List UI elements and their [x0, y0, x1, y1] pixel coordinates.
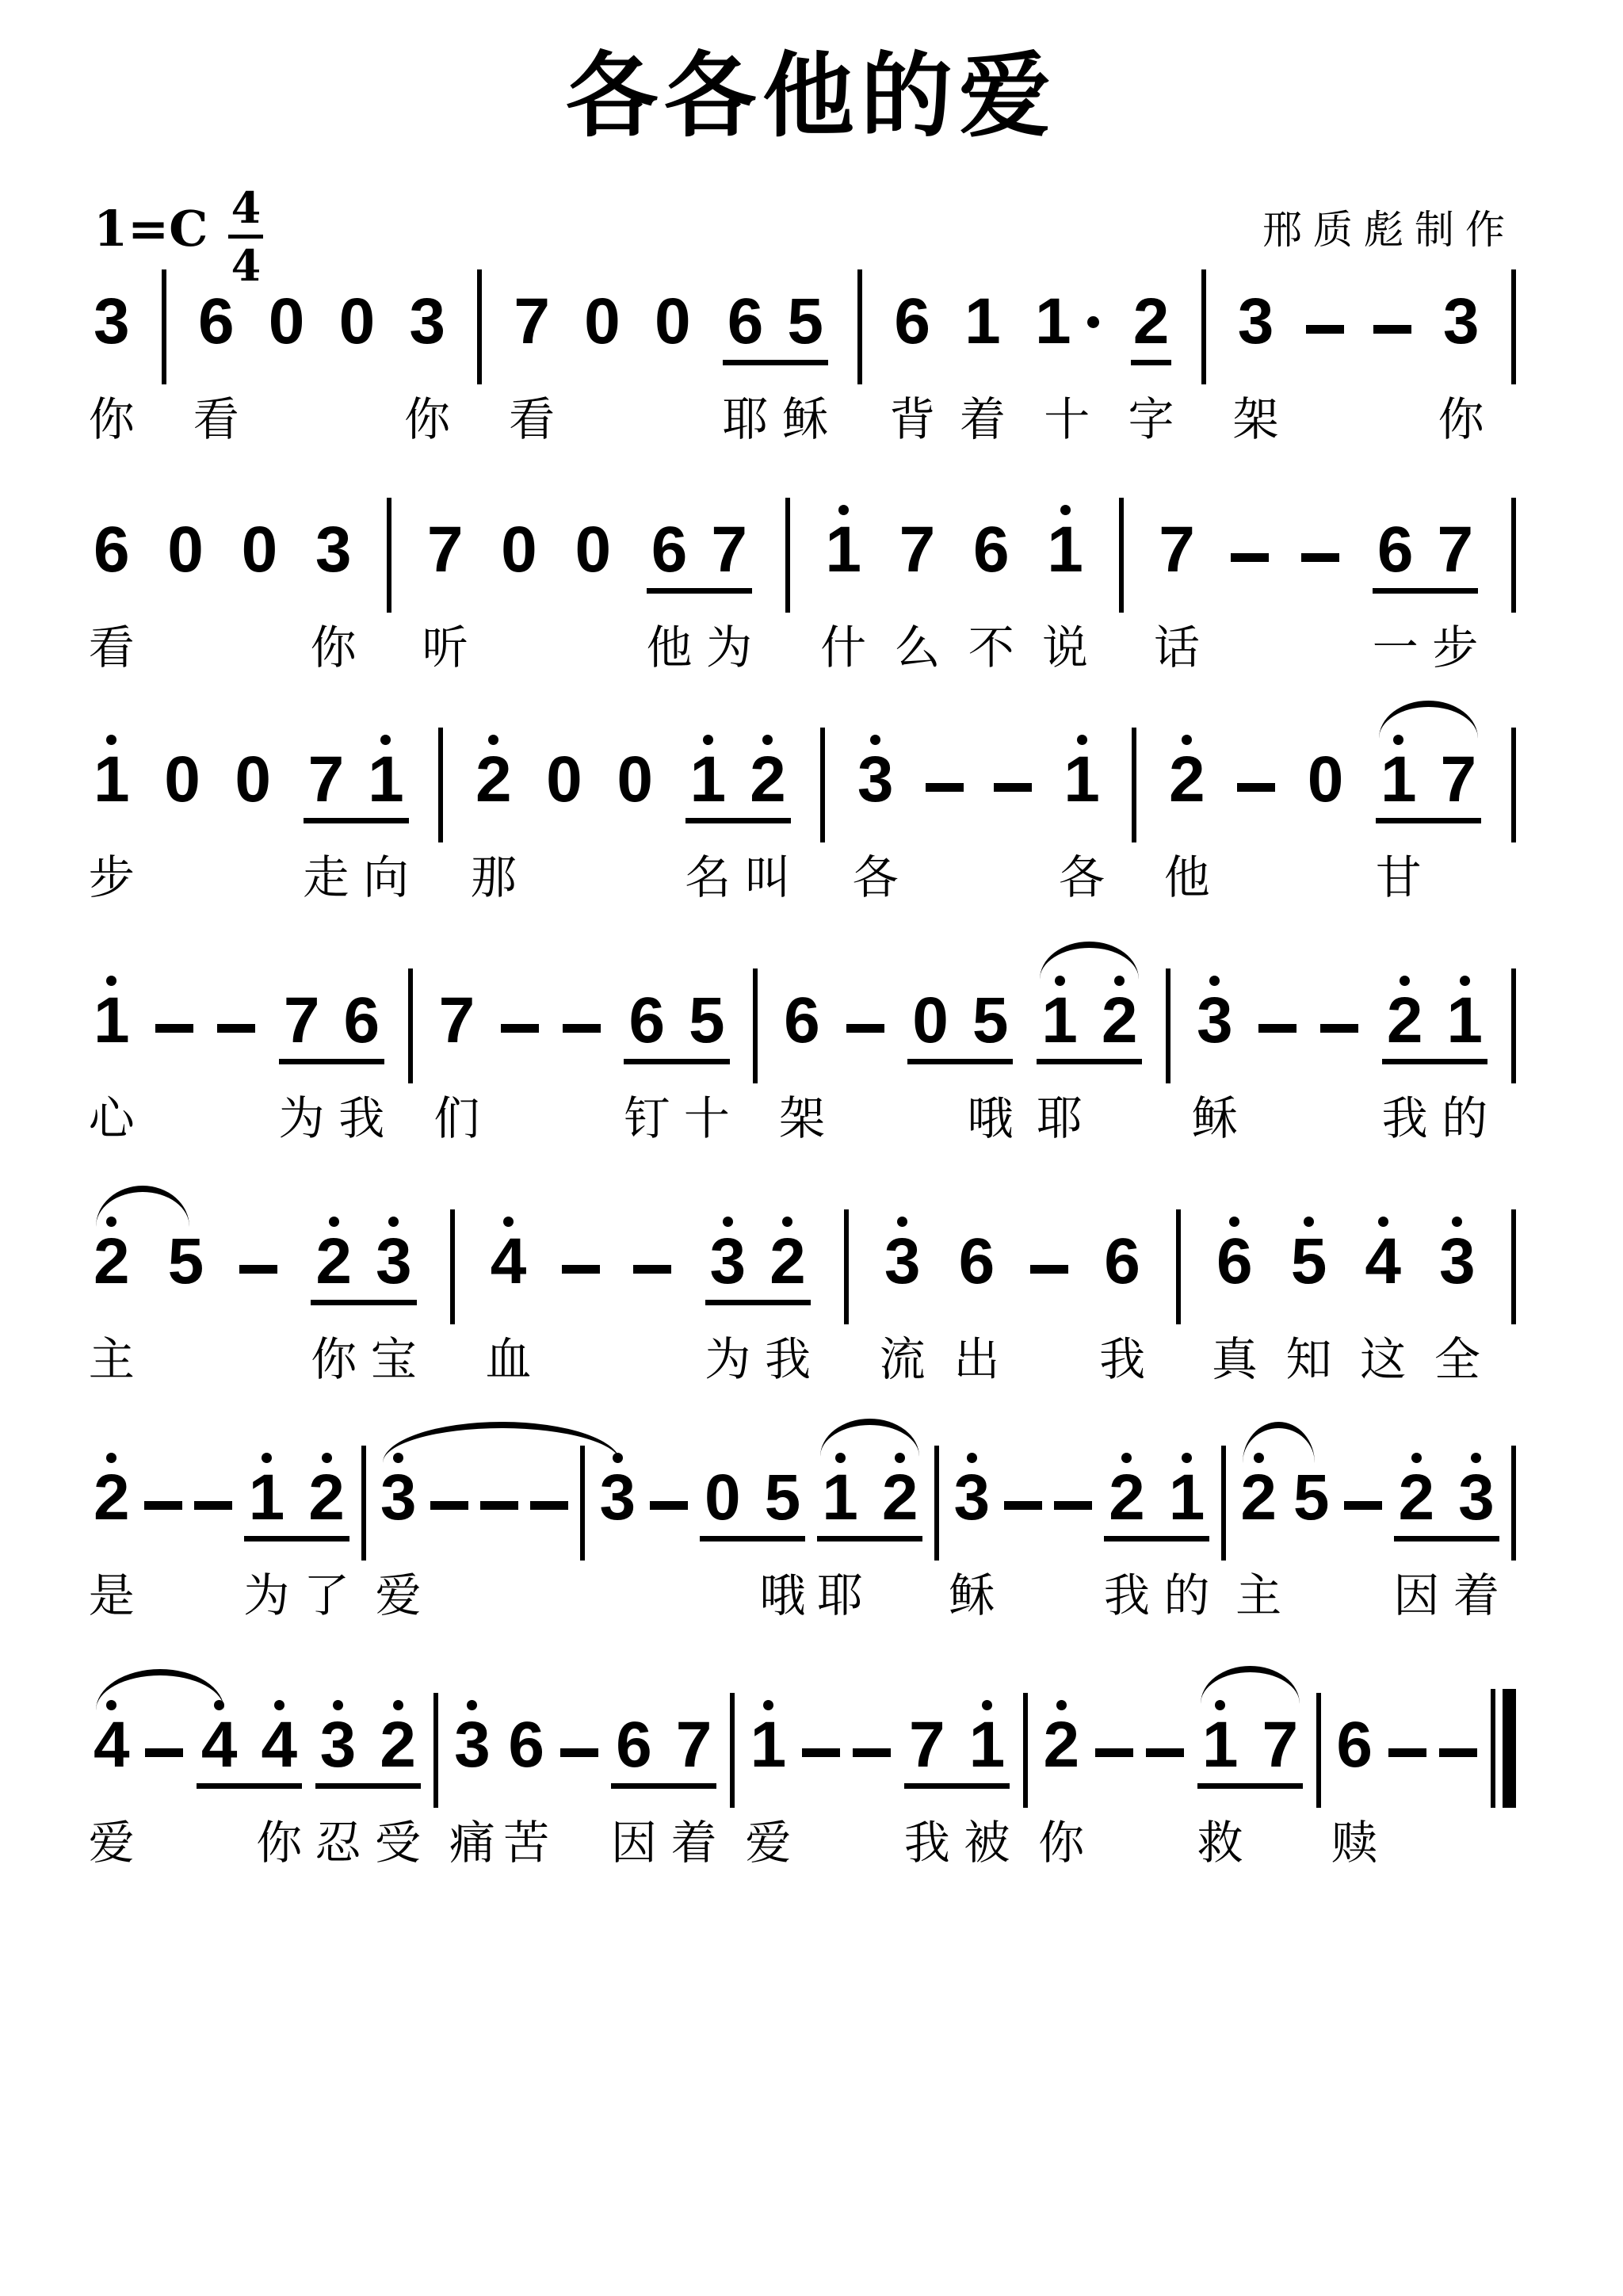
note: 4这 [1362, 1209, 1403, 1305]
lyric-syllable: 全 [1434, 1335, 1480, 1385]
barline-rule [1119, 498, 1124, 613]
note-glyph-row: 3 [599, 1466, 636, 1530]
duration-dash [1004, 1446, 1042, 1541]
barline-rule [433, 1693, 438, 1808]
lyric-syllable: 他 [647, 623, 693, 674]
lyric-syllable: 真 [1212, 1335, 1258, 1385]
lyric-syllable: 字 [1128, 395, 1174, 445]
note-digit: 6 [628, 989, 665, 1052]
duration-dash [802, 1693, 840, 1789]
note-glyph-row: 4 [94, 1713, 130, 1777]
note-digit: 6 [94, 518, 130, 582]
note-group: 6一7步 [1373, 498, 1478, 594]
note-digit: 1 [750, 1713, 787, 1777]
duration-dash [1344, 1446, 1382, 1541]
music-line: 4爱44你3忍2受3痛6苦6因7着1爱7我1被2你1救76赎 [91, 1693, 1516, 1789]
note-digit: 3 [376, 1230, 412, 1293]
duration-dash [633, 1209, 671, 1305]
dash-glyph [994, 783, 1032, 792]
note-digit: 5 [765, 1466, 801, 1530]
note-glyph-row: 7 [676, 1713, 712, 1777]
barline-rule [387, 498, 391, 613]
lyric-syllable: 说 [1042, 623, 1088, 674]
note-digit: 1 [1047, 518, 1083, 582]
key-signature: 1=C 4 4 [94, 178, 263, 279]
lyric-syllable: 赎 [1331, 1818, 1377, 1869]
lyric-syllable: 步 [89, 853, 135, 904]
note-glyph-row: 6 [959, 1230, 995, 1293]
rest-digit: 0 [912, 989, 949, 1052]
note-digit: 3 [1439, 1230, 1476, 1293]
note-digit: 2 [380, 1713, 416, 1777]
note-digit: 6 [1377, 518, 1414, 582]
lyric-syllable: 什 [820, 623, 866, 674]
final-barline [1491, 1693, 1516, 1789]
lyric-syllable: 叫 [745, 853, 791, 904]
dash-glyph [1095, 1748, 1133, 1757]
note-glyph-row: 2 [882, 1466, 918, 1530]
note: 6架 [781, 968, 823, 1064]
note-glyph-row: 6 [628, 989, 665, 1052]
note-digit: 2 [1109, 1466, 1145, 1530]
grouped-note: 3宝 [376, 1209, 412, 1293]
duration-dash [1301, 498, 1339, 594]
note: 1着 [962, 269, 1003, 365]
note-digit: 7 [284, 989, 320, 1052]
note-digit: 6 [1104, 1230, 1140, 1293]
barline [361, 1446, 366, 1541]
barline [844, 1209, 849, 1305]
barline-rule [1511, 1209, 1516, 1324]
note-digit: 3 [884, 1230, 921, 1293]
rest-digit: 0 [242, 518, 278, 582]
lyric-syllable: 是 [89, 1571, 135, 1622]
note-glyph-row: 0 [705, 1466, 741, 1530]
duration-dash [1439, 1693, 1477, 1789]
note-digit: 4 [261, 1713, 297, 1777]
note: 3你 [91, 269, 132, 365]
dash-glyph [802, 1748, 840, 1757]
note-glyph-row: 7 [711, 518, 747, 582]
note: 6我 [1102, 1209, 1143, 1305]
page-title: 各各他的爱 [0, 46, 1623, 147]
note-digit: 3 [1458, 1466, 1495, 1530]
lyric-syllable: 哦 [968, 1094, 1014, 1144]
note-glyph-row: 1 [94, 989, 130, 1052]
note-digit: 2 [1169, 748, 1205, 812]
dash-glyph [926, 783, 964, 792]
barline-rule [1176, 1209, 1181, 1324]
dash-glyph [430, 1501, 468, 1510]
note-digit: 6 [616, 1713, 652, 1777]
lyric-syllable: 钉 [624, 1094, 670, 1144]
note-digit: 6 [1336, 1713, 1373, 1777]
note-digit: 7 [1159, 518, 1195, 582]
note-digit: 3 [409, 290, 445, 353]
grouped-note: 7走 [308, 728, 345, 812]
note-group: 05哦 [907, 968, 1013, 1064]
lyric-syllable: 痛 [449, 1818, 495, 1869]
note-glyph-row: 3 [953, 1466, 990, 1530]
lyric-syllable: 为 [243, 1571, 289, 1622]
note-digit: 1 [969, 1713, 1006, 1777]
note-glyph-row: 6 [508, 1713, 544, 1777]
note-group: 2你3宝 [311, 1209, 416, 1305]
barline-rule [785, 498, 790, 613]
music-line: 2是1为2了3爱305哦1耶23稣2我1的2主52因3着 [91, 1446, 1516, 1541]
note-glyph-row: 3 [884, 1230, 921, 1293]
note-group: 2我1的 [1104, 1446, 1209, 1541]
grouped-note: 0 [912, 968, 949, 1052]
grouped-note: 2叫 [750, 728, 786, 812]
lyric-syllable: 我 [338, 1094, 384, 1144]
note: 3稣 [951, 1446, 992, 1541]
lyric-syllable: 我 [1099, 1335, 1145, 1385]
grouped-note: 3忍 [320, 1693, 357, 1777]
rest: 0 [232, 728, 273, 823]
barline-rule [1023, 1693, 1028, 1808]
slur-arc [96, 1669, 224, 1710]
dash-glyph [530, 1501, 568, 1510]
lyric-syllable: 我 [1382, 1094, 1428, 1144]
note-digit: 2 [315, 1230, 352, 1293]
barline [1119, 498, 1124, 594]
note-digit: 6 [727, 290, 764, 353]
barline-rule [1511, 498, 1516, 613]
grouped-note: 1为 [249, 1446, 285, 1530]
lyric-syllable: 我 [904, 1818, 950, 1869]
dash-glyph [1388, 1748, 1426, 1757]
barline [857, 269, 862, 365]
note-glyph-row: 1 [1035, 290, 1099, 353]
note-glyph-row: 1 [1446, 989, 1483, 1052]
barline [438, 728, 443, 823]
note-glyph-row: 6 [1216, 1230, 1253, 1293]
note-digit: 6 [198, 290, 235, 353]
note-group: 7我1被 [904, 1693, 1010, 1789]
note: 3流 [882, 1209, 923, 1305]
lyric-syllable: 哦 [759, 1571, 805, 1622]
dash-glyph [1054, 1501, 1092, 1510]
note-group: 1甘7 [1376, 728, 1481, 823]
dash-glyph [480, 1501, 518, 1510]
duration-dash [1231, 498, 1269, 594]
lyric-syllable: 流 [880, 1335, 926, 1385]
time-numerator: 4 [231, 186, 262, 229]
note-digit: 4 [491, 1230, 527, 1293]
lyric-syllable: 十 [1044, 395, 1090, 445]
lyric-syllable: 我 [765, 1335, 811, 1385]
note-group: 6因7着 [611, 1693, 716, 1789]
grouped-note: 6我 [343, 968, 380, 1052]
note-glyph-row: 3 [1197, 989, 1233, 1052]
lyric-syllable: 稣 [782, 395, 828, 445]
note-digit: 7 [427, 518, 464, 582]
lyric-syllable: 架 [1233, 395, 1279, 445]
note-digit: 3 [710, 1230, 747, 1293]
lyric-syllable: 背 [889, 395, 935, 445]
lyric-syllable: 知 [1285, 1335, 1331, 1385]
dash-glyph [155, 1024, 193, 1033]
note-glyph-row: 0 [164, 748, 200, 812]
final-barline-thick [1503, 1689, 1516, 1808]
duration-dash [1320, 968, 1358, 1064]
note-group: 3忍2受 [315, 1693, 421, 1789]
note: 2你 [1041, 1693, 1082, 1789]
lyric-syllable: 被 [964, 1818, 1010, 1869]
note-digit: 3 [1443, 290, 1480, 353]
note: 3稣 [1194, 968, 1235, 1064]
duration-dash [155, 968, 193, 1064]
barline-rule [820, 728, 825, 842]
duration-dash [217, 968, 255, 1064]
barline-rule [1511, 728, 1516, 842]
note-glyph-row: 2 [94, 1230, 130, 1293]
barline [785, 498, 790, 594]
dash-glyph [239, 1265, 277, 1274]
note-glyph-row: 1 [690, 748, 727, 812]
barline [477, 269, 482, 365]
note-glyph-row: 1 [1381, 748, 1417, 812]
barline [433, 1693, 438, 1789]
rest-digit: 0 [655, 290, 691, 353]
grouped-note: 6耶 [727, 269, 764, 353]
duration-dash [1030, 1209, 1068, 1305]
note-digit: 6 [1216, 1230, 1253, 1293]
note-group: 1名2叫 [685, 728, 791, 823]
lyric-syllable: 向 [363, 853, 409, 904]
barline-rule [1511, 968, 1516, 1083]
note-digit: 6 [343, 989, 380, 1052]
note: 7话 [1156, 498, 1197, 594]
note-glyph-row: 3 [380, 1466, 417, 1530]
lyric-syllable: 为 [706, 623, 752, 674]
note-glyph-row: 0 [501, 518, 537, 582]
barline-rule [857, 269, 862, 384]
duration-dash [926, 728, 964, 823]
augmentation-dot [1087, 316, 1099, 328]
lyric-syllable: 他 [1164, 853, 1210, 904]
grouped-note: 4你 [261, 1693, 297, 1777]
rest: 0 [572, 498, 613, 594]
note: 1什 [823, 498, 864, 594]
note-glyph-row: 7 [308, 748, 345, 812]
barline-rule [730, 1693, 735, 1808]
note-glyph-row: 2 [94, 1466, 130, 1530]
duration-dash [846, 968, 884, 1064]
lyric-syllable: 各 [1059, 853, 1105, 904]
rest: 0 [652, 269, 693, 365]
note: 6赎 [1334, 1693, 1375, 1789]
note-glyph-row: 2 [475, 748, 512, 812]
credit-text: 邢质彪制作 [1262, 198, 1516, 255]
note-digit: 3 [1238, 290, 1274, 353]
note-digit: 5 [972, 989, 1009, 1052]
note-digit: 7 [899, 518, 936, 582]
duration-dash [994, 728, 1032, 823]
note-glyph-row: 0 [655, 290, 691, 353]
note-digit: 1 [964, 290, 1001, 353]
grouped-note: 5哦 [972, 968, 1009, 1052]
note: 1十 [1033, 269, 1102, 365]
duration-dash [1095, 1693, 1133, 1789]
note-glyph-row: 6 [1336, 1713, 1373, 1777]
note-digit: 1 [1169, 1466, 1205, 1530]
note-digit: 1 [825, 518, 861, 582]
note-group: 6钉5十 [624, 968, 729, 1064]
rest: 0 [498, 498, 540, 594]
slur-arc [96, 1186, 189, 1227]
barline-rule [753, 968, 758, 1083]
note-glyph-row: 2 [1102, 989, 1138, 1052]
duration-dash [194, 1446, 232, 1541]
note: 5知 [1289, 1209, 1330, 1305]
lyric-syllable: 你 [404, 395, 450, 445]
barline [1166, 968, 1170, 1064]
barline-rule [844, 1209, 849, 1324]
lyric-syllable: 你 [311, 623, 357, 674]
dash-glyph [1004, 1501, 1042, 1510]
lyric-syllable: 这 [1360, 1335, 1406, 1385]
grouped-note: 2受 [380, 1693, 416, 1777]
grouped-note: 1耶 [822, 1446, 858, 1530]
note-glyph-row: 7 [1159, 518, 1195, 582]
duration-dash [239, 1209, 277, 1305]
rest: 0 [337, 269, 378, 365]
note-digit: 1 [249, 1466, 285, 1530]
lyric-syllable: 听 [422, 623, 468, 674]
dash-glyph [1306, 325, 1344, 334]
note-group: 6耶5稣 [723, 269, 828, 365]
grouped-note: 7为 [711, 498, 747, 582]
note-group: 1为2了 [244, 1446, 349, 1541]
note-glyph-row: 0 [912, 989, 949, 1052]
note-glyph-row: 2 [380, 1713, 416, 1777]
note-glyph-row: 2 [750, 748, 786, 812]
note-glyph-row: 6 [784, 989, 820, 1052]
note-glyph-row: 1 [368, 748, 404, 812]
note: 6看 [196, 269, 237, 365]
barline-rule [934, 1446, 939, 1561]
rest-digit: 0 [269, 290, 305, 353]
note-group: 1耶2 [817, 1446, 922, 1541]
grouped-note: 5哦 [765, 1446, 801, 1530]
rest-digit: 0 [235, 748, 271, 812]
grouped-note: 3着 [1458, 1446, 1495, 1530]
note-glyph-row: 4 [1365, 1230, 1401, 1293]
lyric-syllable: 为 [279, 1094, 325, 1144]
grouped-note: 7 [1441, 728, 1477, 812]
note-glyph-row: 6 [198, 290, 235, 353]
note-glyph-row: 3 [710, 1230, 747, 1293]
note-glyph-row: 1 [969, 1713, 1006, 1777]
lyric-syllable: 各 [853, 853, 899, 904]
note-digit: 1 [1041, 989, 1078, 1052]
note-digit: 2 [1043, 1713, 1079, 1777]
grouped-note: 1甘 [1381, 728, 1417, 812]
rest: 0 [266, 269, 307, 365]
dash-glyph [853, 1748, 891, 1757]
note-digit: 5 [689, 989, 725, 1052]
note: 6看 [91, 498, 132, 594]
note-glyph-row: 2 [1133, 290, 1170, 353]
note: 7么 [897, 498, 938, 594]
barline-rule [1166, 968, 1170, 1083]
note-glyph-row: 1 [1047, 518, 1083, 582]
note: 3全 [1437, 1209, 1478, 1305]
note-glyph-row: 3 [315, 518, 352, 582]
note-glyph-row: 7 [427, 518, 464, 582]
rest-digit: 0 [1308, 748, 1344, 812]
grouped-note: 7我 [909, 1693, 945, 1777]
note: 6不 [971, 498, 1012, 594]
lyric-syllable: 苦 [503, 1818, 549, 1869]
note-glyph-row: 2 [1043, 1713, 1079, 1777]
note-glyph-row: 1 [1169, 1466, 1205, 1530]
slur-arc [1243, 1422, 1315, 1463]
grouped-note: 0 [705, 1446, 741, 1530]
note-digit: 1 [1202, 1713, 1239, 1777]
note-glyph-row: 7 [1262, 1713, 1299, 1777]
note-digit: 6 [508, 1713, 544, 1777]
note-glyph-row: 0 [584, 290, 621, 353]
lyric-syllable: 看 [193, 395, 239, 445]
note-glyph-row: 3 [1458, 1466, 1495, 1530]
note-digit: 2 [308, 1466, 345, 1530]
note-glyph-row: 5 [1291, 1230, 1327, 1293]
note-group: 2因3着 [1394, 1446, 1499, 1541]
note: 6真 [1214, 1209, 1255, 1305]
rest: 0 [582, 269, 623, 365]
rest-digit: 0 [617, 748, 653, 812]
note-glyph-row: 4 [491, 1230, 527, 1293]
note-digit: 1 [1381, 748, 1417, 812]
music-line: 1心7为6我7们6钉5十6架05哦1耶23稣2我1的 [91, 968, 1516, 1064]
barline-rule [450, 1209, 455, 1324]
lyric-syllable: 了 [304, 1571, 349, 1622]
lyric-syllable: 么 [894, 623, 940, 674]
barline-rule [361, 1446, 366, 1561]
note-digit: 3 [599, 1466, 636, 1530]
note: 1各 [1061, 728, 1102, 823]
lyric-syllable: 稣 [1192, 1094, 1238, 1144]
note-digit: 1 [1035, 290, 1071, 353]
note: 3你 [313, 498, 354, 594]
barline-rule [1511, 269, 1516, 384]
grouped-note: 7为 [284, 968, 320, 1052]
lyric-syllable: 那 [471, 853, 517, 904]
note-glyph-row: 2 [769, 1230, 806, 1293]
music-line: 6看003你7听006他7为1什7么6不1说7话6一7步 [91, 498, 1516, 594]
duration-dash [560, 1693, 598, 1789]
barline [1221, 1446, 1226, 1541]
dash-glyph [1030, 1265, 1068, 1274]
note: 2他 [1167, 728, 1208, 823]
note: 3各 [855, 728, 896, 823]
note-glyph-row: 2 [1109, 1466, 1145, 1530]
lyric-syllable: 为 [705, 1335, 750, 1385]
note-digit: 6 [973, 518, 1010, 582]
barline [387, 498, 391, 594]
note-glyph-row: 7 [439, 989, 475, 1052]
dash-glyph [633, 1265, 671, 1274]
note-glyph-row: 5 [787, 290, 823, 353]
dash-glyph [1344, 1501, 1382, 1510]
grouped-note: 1名 [690, 728, 727, 812]
barline [450, 1209, 455, 1305]
lyric-syllable: 步 [1432, 623, 1478, 674]
barline [1316, 1693, 1321, 1789]
